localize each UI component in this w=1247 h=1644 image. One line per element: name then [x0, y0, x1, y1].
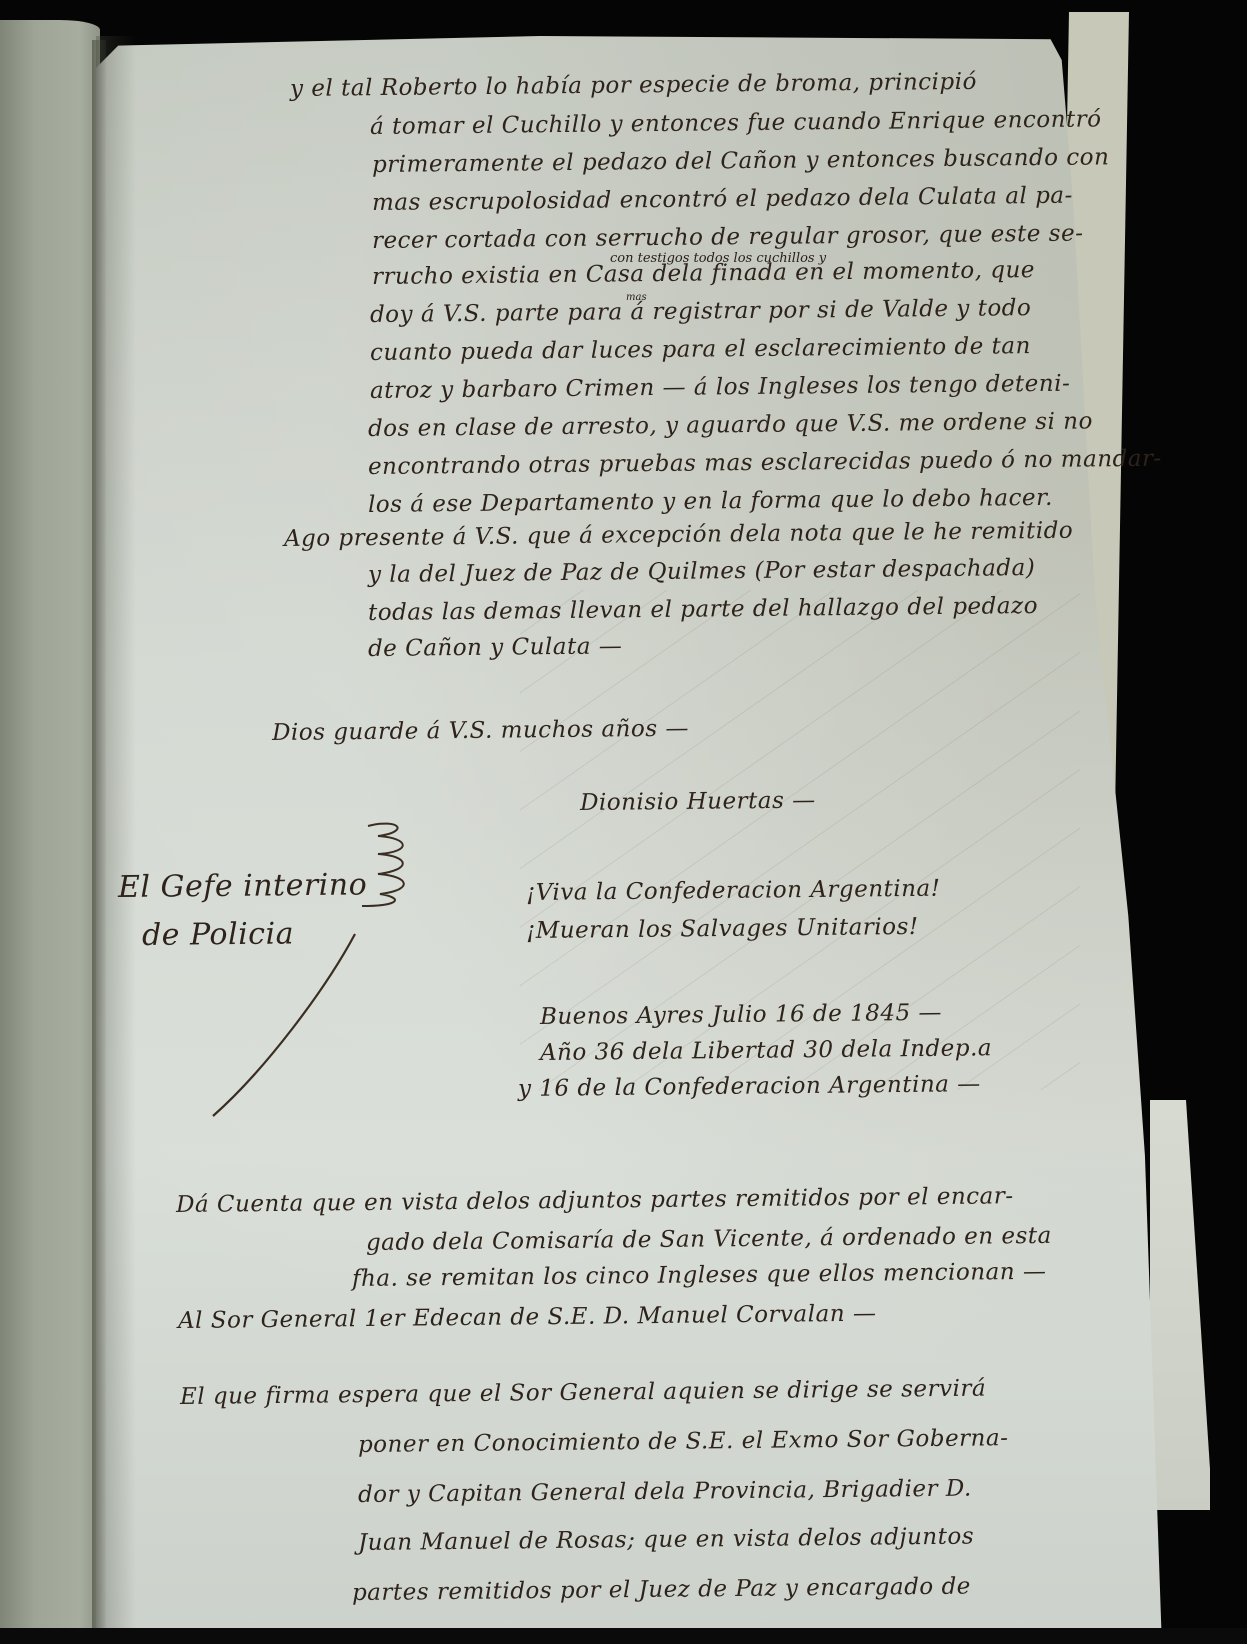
dateline-line-2: Año 36 dela Libertad 30 dela Indep.a: [540, 1035, 992, 1066]
back-sheet-corner: [1150, 1100, 1210, 1510]
flourish-icon: [360, 818, 420, 908]
sender-title-line-1: El Gefe interino: [118, 867, 368, 905]
photo-scene: y el tal Roberto lo había por especie de…: [0, 0, 1247, 1644]
slogan-mueran: ¡Mueran los Salvages Unitarios!: [526, 914, 919, 944]
dateline-line-1: Buenos Ayres Julio 16 de 1845 —: [540, 1000, 942, 1030]
slogan-viva: ¡Viva la Confederacion Argentina!: [526, 876, 941, 906]
dateline-line-3: y 16 de la Confederacion Argentina —: [518, 1071, 981, 1102]
paragraph2-line-4: de Cañon y Culata —: [368, 633, 623, 662]
signature: Dionisio Huertas —: [580, 788, 816, 816]
rubric-stroke-icon: [205, 930, 365, 1120]
interlinear-insert: con testigos todos los cuchillos y: [610, 251, 826, 266]
closing-formula: Dios guarde á V.S. muchos años —: [272, 716, 689, 746]
previous-page: [0, 20, 100, 1644]
book-gutter: [92, 40, 106, 1644]
bottom-shadow: [0, 1628, 1247, 1644]
